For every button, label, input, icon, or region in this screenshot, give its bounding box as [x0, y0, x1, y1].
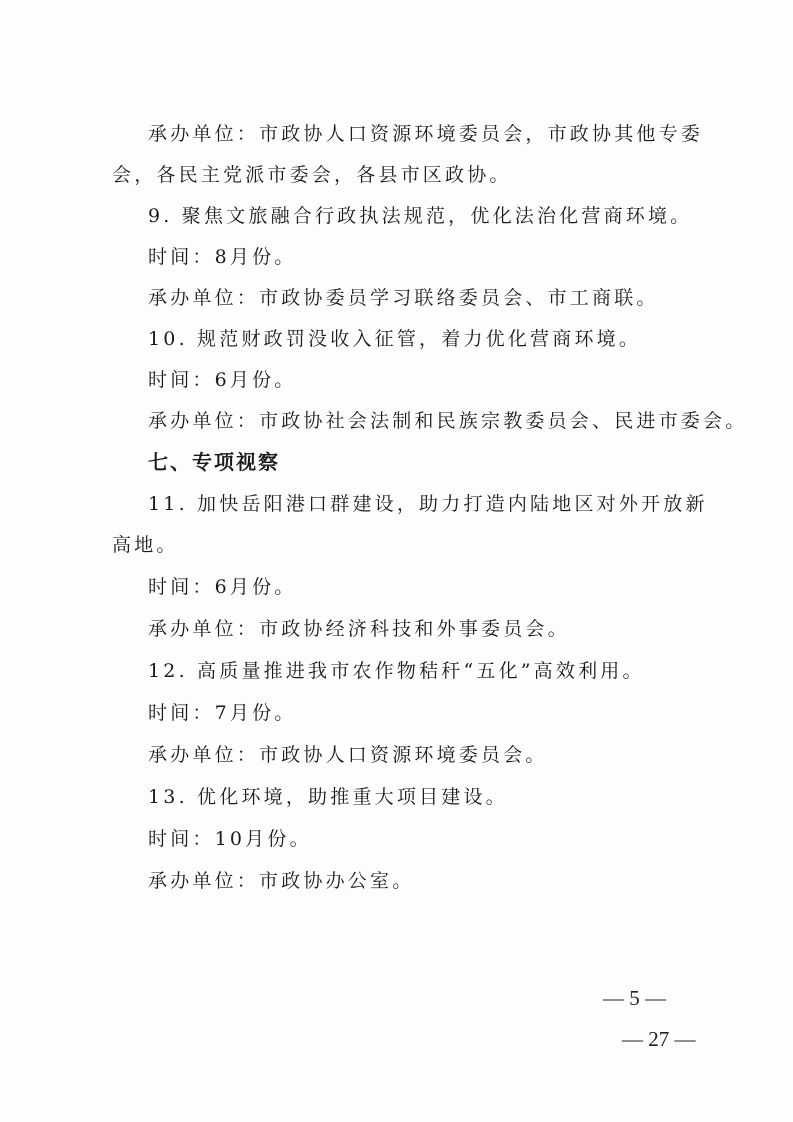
- organizer-line: 承办单位：市政协社会法制和民族宗教委员会、民进市委会。: [148, 408, 708, 434]
- time-line: 时间：6月份。: [148, 367, 708, 393]
- body-line: 会，各民主党派市委会，各县市区政协。: [112, 162, 672, 188]
- section-heading: 七、专项视察: [148, 449, 708, 475]
- body-line: 承办单位：市政协人口资源环境委员会，市政协其他专委: [148, 121, 708, 147]
- item-heading: 12. 高质量推进我市农作物秸秆“五化”高效利用。: [148, 658, 708, 684]
- page-number-inner: — 5 —: [603, 986, 666, 1011]
- time-line: 时间：6月份。: [148, 574, 708, 600]
- time-line: 时间：10月份。: [148, 826, 708, 852]
- organizer-line: 承办单位：市政协委员学习联络委员会、市工商联。: [148, 285, 708, 311]
- time-line: 时间：7月份。: [148, 700, 708, 726]
- organizer-line: 承办单位：市政协办公室。: [148, 868, 708, 894]
- time-line: 时间：8月份。: [148, 244, 708, 270]
- item-heading: 10. 规范财政罚没收入征管，着力优化营商环境。: [148, 326, 708, 352]
- item-heading: 11. 加快岳阳港口群建设，助力打造内陆地区对外开放新: [148, 491, 708, 517]
- item-heading: 13. 优化环境，助推重大项目建设。: [148, 784, 708, 810]
- organizer-line: 承办单位：市政协人口资源环境委员会。: [148, 742, 708, 768]
- body-line: 高地。: [112, 532, 672, 558]
- item-heading: 9. 聚焦文旅融合行政执法规范，优化法治化营商环境。: [148, 203, 708, 229]
- document-page: 承办单位：市政协人口资源环境委员会，市政协其他专委 会，各民主党派市委会，各县市…: [0, 0, 793, 1122]
- organizer-line: 承办单位：市政协经济科技和外事委员会。: [148, 616, 708, 642]
- page-number-outer: — 27 —: [622, 1027, 696, 1052]
